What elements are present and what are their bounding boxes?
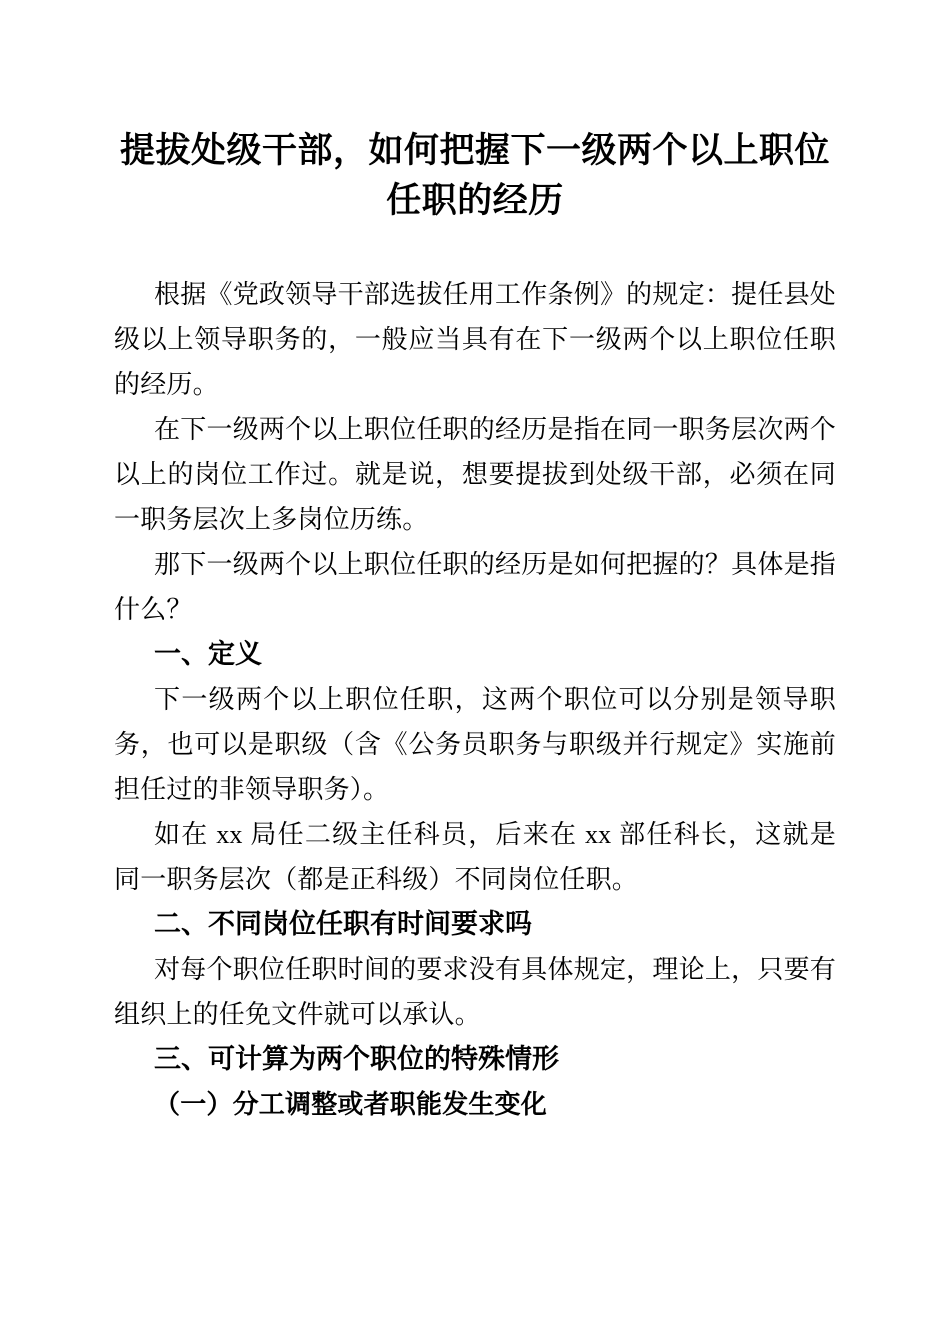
document-page: 提拔处级干部，如何把握下一级两个以上职位任职的经历 根据《党政领导干部选拔任用工… (0, 0, 950, 1344)
paragraph-explanation: 在下一级两个以上职位任职的经历是指在同一职务层次两个以上的岗位工作过。就是说，想… (114, 407, 836, 542)
paragraph-time-requirement-detail: 对每个职位任职时间的要求没有具体规定，理论上，只要有组织上的任免文件就可以承认。 (114, 947, 836, 1037)
paragraph-example: 如在 xx 局任二级主任科员，后来在 xx 部任科长，这就是同一职务层次（都是正… (114, 812, 836, 902)
subheading-case-1-duty-adjustment: （一）分工调整或者职能发生变化 (114, 1082, 836, 1127)
paragraph-question: 那下一级两个以上职位任职的经历是如何把握的？具体是指什么？ (114, 542, 836, 632)
paragraph-definition-detail: 下一级两个以上职位任职，这两个职位可以分别是领导职务，也可以是职级（含《公务员职… (114, 677, 836, 812)
heading-section-2-time-requirement: 二、不同岗位任职有时间要求吗 (114, 902, 836, 947)
document-title: 提拔处级干部，如何把握下一级两个以上职位任职的经历 (0, 0, 950, 226)
heading-section-3-special-cases: 三、可计算为两个职位的特殊情形 (114, 1037, 836, 1082)
paragraph-basis-regulation: 根据《党政领导干部选拔任用工作条例》的规定：提任县处级以上领导职务的，一般应当具… (114, 272, 836, 407)
document-body: 根据《党政领导干部选拔任用工作条例》的规定：提任县处级以上领导职务的，一般应当具… (0, 272, 950, 1127)
heading-section-1-definition: 一、定义 (114, 632, 836, 677)
